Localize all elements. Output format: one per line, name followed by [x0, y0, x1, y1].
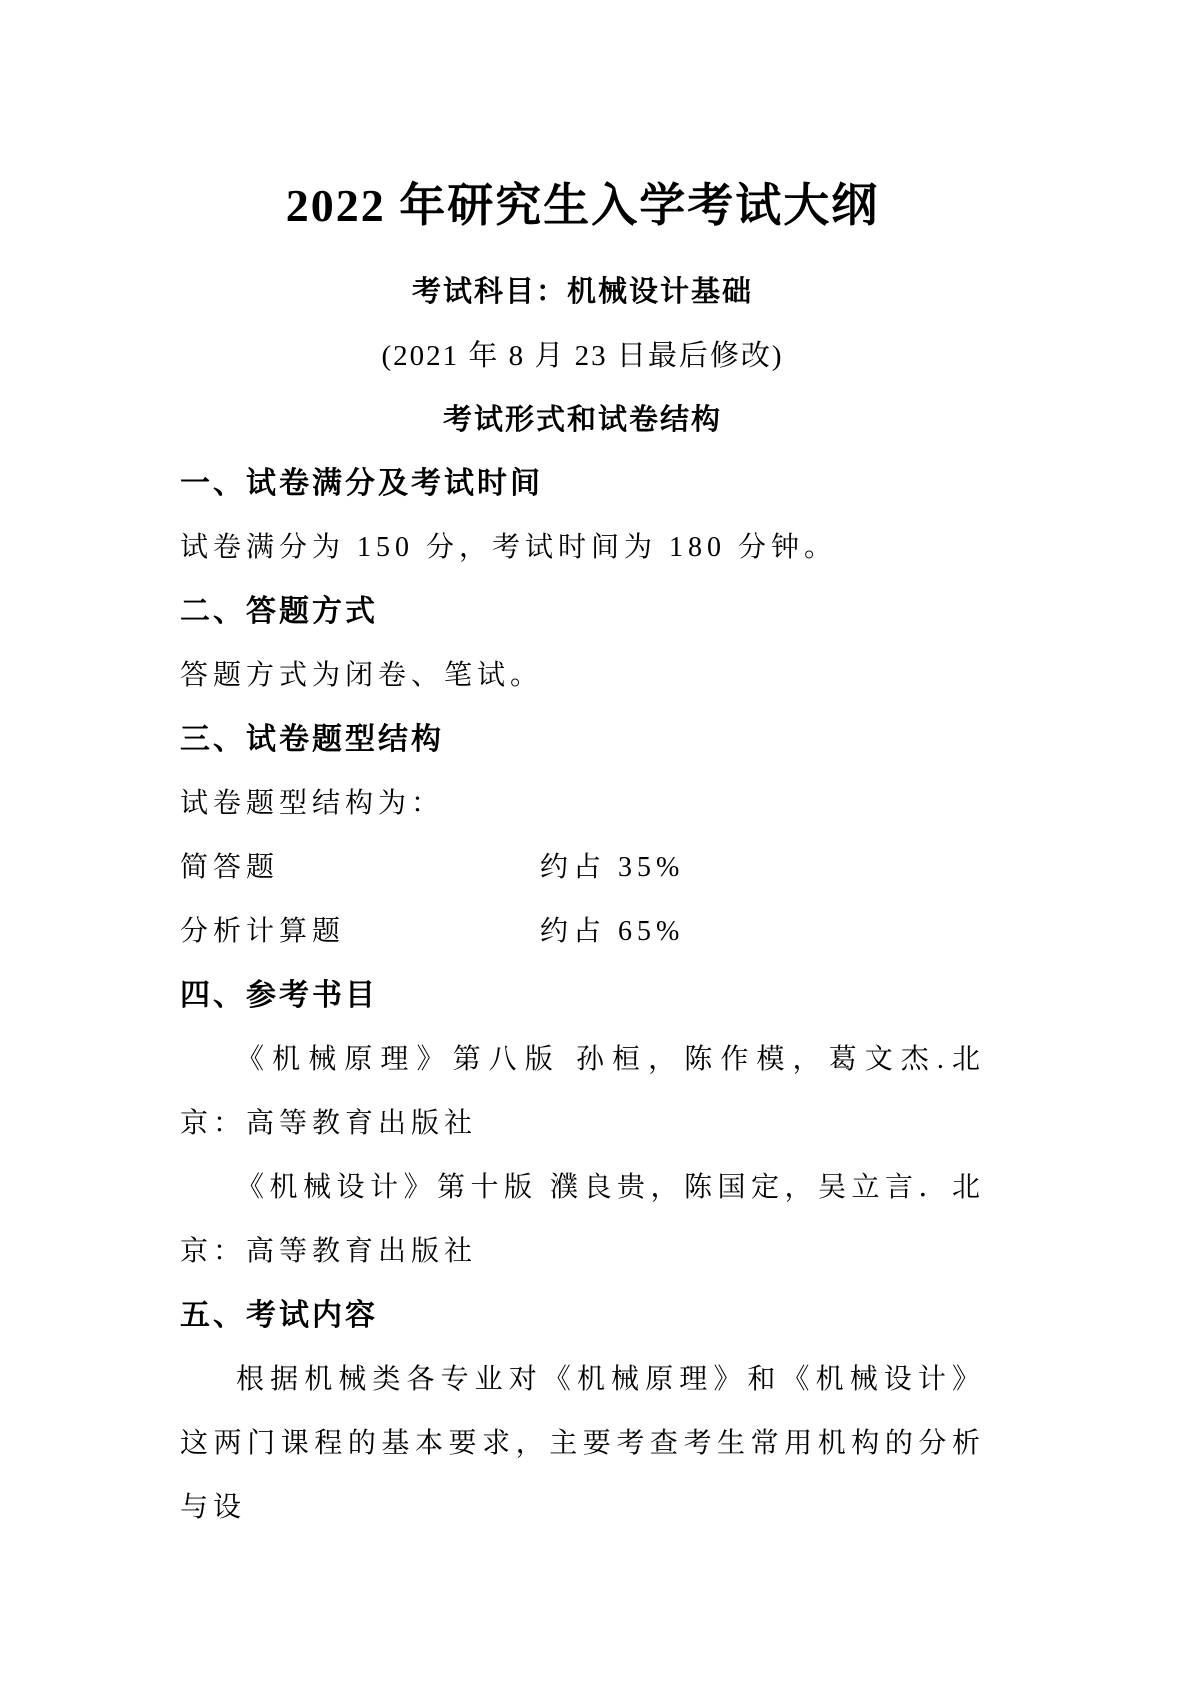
revision-date-line: (2021 年 8 月 23 日最后修改) [180, 324, 985, 388]
section-answer-method: 二、答题方式 答题方式为闭卷、笔试。 [180, 580, 985, 708]
exam-content-paragraph: 根据机械类各专业对《机械原理》和《机械设计》这两门课程的基本要求，主要考查考生常… [180, 1348, 985, 1540]
section-exam-content: 五、考试内容 根据机械类各专业对《机械原理》和《机械设计》这两门课程的基本要求，… [180, 1284, 985, 1540]
section-question-structure: 三、试卷题型结构 试卷题型结构为： 简答题 约占 35% 分析计算题 约占 65… [180, 708, 985, 964]
section-heading-answer-method: 二、答题方式 [180, 580, 985, 644]
book-reference: 《机械设计》第十版 濮良贵，陈国定，吴立言．北京：高等教育出版社 [180, 1156, 985, 1284]
document-title: 2022 年研究生入学考试大纲 [180, 178, 985, 234]
section-full-score: 一、试卷满分及考试时间 试卷满分为 150 分，考试时间为 180 分钟。 [180, 452, 985, 580]
question-type-label: 简答题 [180, 836, 540, 900]
document-page: 2022 年研究生入学考试大纲 考试科目：机械设计基础 (2021 年 8 月 … [0, 0, 1191, 1683]
exam-structure-line: 考试形式和试卷结构 [180, 388, 985, 452]
exam-subject-line: 考试科目：机械设计基础 [180, 260, 985, 324]
section-heading-reference-books: 四、参考书目 [180, 964, 985, 1028]
question-type-row: 分析计算题 约占 65% [180, 900, 985, 964]
section-heading-full-score: 一、试卷满分及考试时间 [180, 452, 985, 516]
book-reference: 《机械原理》第八版 孙桓，陈作模，葛文杰.北京：高等教育出版社 [180, 1028, 985, 1156]
section-reference-books: 四、参考书目 《机械原理》第八版 孙桓，陈作模，葛文杰.北京：高等教育出版社 《… [180, 964, 985, 1284]
question-structure-intro: 试卷题型结构为： [180, 772, 985, 836]
answer-method-paragraph: 答题方式为闭卷、笔试。 [180, 644, 985, 708]
question-type-row: 简答题 约占 35% [180, 836, 985, 900]
full-score-paragraph: 试卷满分为 150 分，考试时间为 180 分钟。 [180, 516, 985, 580]
question-type-percentage: 约占 35% [540, 836, 985, 900]
question-type-label: 分析计算题 [180, 900, 540, 964]
section-heading-question-structure: 三、试卷题型结构 [180, 708, 985, 772]
question-type-percentage: 约占 65% [540, 900, 985, 964]
section-heading-exam-content: 五、考试内容 [180, 1284, 985, 1348]
